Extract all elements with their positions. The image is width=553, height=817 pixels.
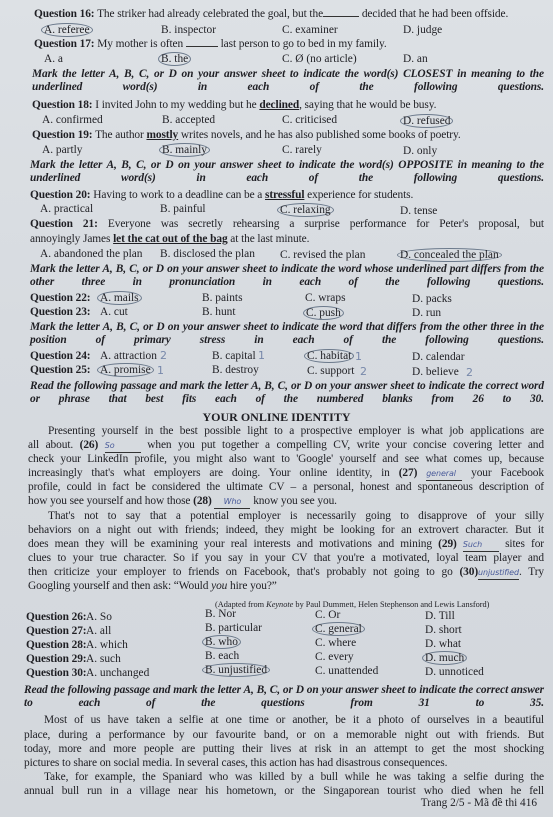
question-text: writes novels, and he has also published… bbox=[181, 129, 461, 141]
option-text: B. each bbox=[205, 650, 239, 662]
option-d: D. unnoticed bbox=[425, 666, 484, 679]
passage-text: your Facebook bbox=[462, 467, 544, 479]
option-b: B. hunt bbox=[202, 306, 236, 319]
question-23-label: Question 23: bbox=[30, 306, 91, 319]
option-b: B. disclosed the plan bbox=[160, 248, 255, 261]
question-label: Question 20: bbox=[30, 189, 91, 201]
answer-blank: general bbox=[426, 467, 462, 481]
question-21-line2: annoyingly James let the cat out of the … bbox=[30, 233, 309, 246]
option-d: D. run bbox=[412, 307, 441, 320]
option-d: D. much bbox=[425, 652, 467, 665]
instruction-closest: Mark the letter A, B, C, or D on your an… bbox=[32, 68, 544, 94]
option-a: A. which bbox=[86, 639, 128, 652]
option-d: D. only bbox=[403, 145, 437, 158]
instruction-cloze: Read the following passage and mark the … bbox=[30, 380, 544, 406]
option-text: A. unchanged bbox=[86, 667, 149, 679]
blank-number: (26) bbox=[80, 439, 99, 451]
option-c: C. revised the plan bbox=[280, 249, 365, 262]
handwritten-note: 2 bbox=[360, 365, 367, 378]
passage-line: profile, could in fact be considered the… bbox=[28, 481, 544, 494]
handwritten-note: 1 bbox=[355, 350, 362, 363]
option-b: B. who bbox=[205, 636, 241, 649]
answer-blank bbox=[323, 16, 359, 17]
option-text: A. which bbox=[86, 639, 128, 651]
option-b: B. capital bbox=[212, 350, 256, 363]
option-a: A. unchanged bbox=[86, 667, 149, 680]
option-c: C. push bbox=[306, 307, 344, 320]
answer-blank: Who bbox=[214, 495, 250, 509]
marked-option: B. the bbox=[158, 52, 191, 66]
marked-option: B. mainly bbox=[159, 143, 210, 157]
question-text: Everyone was secretly rehearsing a surpr… bbox=[108, 218, 544, 230]
question-label: Question 16: bbox=[34, 8, 95, 20]
option-b: B. particular bbox=[205, 622, 262, 635]
option-text: A. all bbox=[86, 625, 111, 637]
option-c: C. rarely bbox=[282, 144, 322, 157]
option-b: B. each bbox=[205, 650, 239, 663]
answer-blank bbox=[186, 46, 218, 47]
blank-number: (30) bbox=[459, 566, 478, 578]
option-c: C. Or bbox=[315, 609, 340, 622]
question-25-label: Question 25: bbox=[30, 364, 91, 377]
option-c: C. criticised bbox=[282, 114, 337, 127]
question-18: Question 18: I invited John to my weddin… bbox=[32, 99, 436, 112]
option-d: D. refused bbox=[403, 115, 453, 128]
passage-line: behaviors on a night out with friends; i… bbox=[28, 524, 544, 537]
handwritten-answer: general bbox=[426, 469, 456, 478]
option-d: D. short bbox=[425, 624, 462, 637]
option-a: A. So bbox=[86, 611, 112, 624]
handwritten-answer: So bbox=[105, 441, 115, 450]
passage-line: pictures to share on social media. In se… bbox=[24, 757, 447, 770]
option-c: C. support bbox=[307, 365, 354, 378]
question-text: experience for students. bbox=[307, 189, 413, 201]
option-d: D. packs bbox=[412, 293, 452, 306]
question-21: Question 21: Everyone was secretly rehea… bbox=[30, 218, 544, 231]
option-b: B. unjustified bbox=[205, 664, 270, 677]
question-label: Question 21: bbox=[30, 218, 98, 230]
answer-blank: Such bbox=[463, 538, 499, 552]
question-20: Question 20: Having to work to a deadlin… bbox=[30, 189, 413, 202]
marked-option: D. concealed the plan bbox=[397, 248, 502, 262]
handwritten-answer: Who bbox=[224, 497, 242, 506]
option-b: B. mainly bbox=[162, 144, 210, 157]
option-d: D. believe bbox=[412, 366, 459, 379]
option-a: A. such bbox=[86, 653, 121, 666]
cloze-question-label: Question 28: bbox=[26, 639, 87, 652]
passage-text: . Try bbox=[519, 566, 544, 578]
option-d: D. what bbox=[425, 638, 461, 651]
option-b: B. paints bbox=[202, 292, 243, 305]
passage-text: you bbox=[211, 580, 227, 592]
option-c: C. wraps bbox=[305, 292, 346, 305]
passage-line: increasingly that's what employers are d… bbox=[28, 467, 544, 481]
question-text: annoyingly James bbox=[30, 233, 110, 245]
option-d: D. calendar bbox=[412, 351, 465, 364]
option-a: A. abandoned the plan bbox=[40, 248, 142, 261]
page-footer: Trang 2/5 - Mã đề thi 416 bbox=[421, 797, 537, 809]
option-text: C. every bbox=[315, 651, 354, 663]
question-text: , saying that he would be busy. bbox=[299, 99, 436, 111]
passage-title: YOUR ONLINE IDENTITY bbox=[0, 410, 553, 425]
cloze-question-label: Question 27: bbox=[26, 625, 87, 638]
marked-option: A. promise bbox=[97, 363, 154, 377]
option-d: D. Till bbox=[425, 610, 455, 623]
question-label: Question 19: bbox=[32, 129, 93, 141]
underlined-word: declined bbox=[259, 99, 299, 111]
blank-number: (29) bbox=[438, 538, 457, 550]
source-book: Keynote bbox=[266, 600, 293, 609]
passage-text: how you see yourself and how those bbox=[28, 495, 193, 507]
instruction-opposite: Mark the letter A, B, C, or D on your an… bbox=[30, 159, 544, 185]
passage-text: Googling yourself and then ask: “Would bbox=[28, 580, 211, 592]
option-d: D. tense bbox=[400, 205, 437, 218]
option-b: B. destroy bbox=[212, 364, 259, 377]
option-a: A. referee bbox=[44, 24, 93, 37]
passage-text: does mean they will be examining your re… bbox=[28, 538, 438, 550]
marked-option: C. habitat bbox=[304, 349, 354, 363]
cloze-question-label: Question 29: bbox=[26, 653, 87, 666]
option-b: B. painful bbox=[160, 203, 206, 216]
passage-text: when you put together a compelling CV, w… bbox=[141, 439, 544, 451]
question-text: Having to work to a deadline can be a bbox=[93, 189, 262, 201]
passage-line: check your LinkedIn profile, you might a… bbox=[28, 453, 544, 466]
marked-option: C. push bbox=[303, 306, 344, 320]
question-label: Question 17: bbox=[34, 38, 95, 50]
option-text: B. particular bbox=[205, 622, 262, 634]
question-17: Question 17: My mother is often last per… bbox=[34, 38, 387, 51]
handwritten-note: 1 bbox=[258, 349, 265, 362]
marked-option: A. referee bbox=[41, 23, 93, 37]
option-text: B. Nor bbox=[205, 608, 236, 620]
question-text: The striker had already celebrated the g… bbox=[97, 8, 323, 20]
passage-line: does mean they will be examining your re… bbox=[28, 538, 544, 552]
question-22-label: Question 22: bbox=[30, 292, 91, 305]
option-a: A. all bbox=[86, 625, 111, 638]
passage-text: know you see you. bbox=[250, 495, 336, 507]
option-c: C. habitat bbox=[307, 350, 354, 363]
option-b: B. the bbox=[161, 53, 191, 66]
option-text: A. such bbox=[86, 653, 121, 665]
option-text: C. Or bbox=[315, 609, 340, 621]
question-text: at the last minute. bbox=[230, 233, 309, 245]
option-d: D. concealed the plan bbox=[400, 249, 502, 262]
question-24-label: Question 24: bbox=[30, 350, 91, 363]
option-text: D. Till bbox=[425, 610, 455, 622]
option-b: B. inspector bbox=[161, 24, 216, 37]
answer-blank: So bbox=[105, 439, 141, 453]
question-text: The author bbox=[95, 129, 144, 141]
passage-line: That's not to say that a potential emplo… bbox=[48, 510, 544, 523]
passage-line: all about. (26) So when you put together… bbox=[28, 439, 544, 453]
option-a: A. practical bbox=[40, 203, 93, 216]
option-a: A. cut bbox=[100, 306, 128, 319]
option-c: C. every bbox=[315, 651, 354, 664]
question-text: decided that he had been offside. bbox=[362, 8, 508, 20]
handwritten-answer: unjustified bbox=[478, 568, 519, 577]
passage-text: sites for bbox=[499, 538, 544, 550]
source-text: by Paul Dummett, Helen Stephenson and Le… bbox=[293, 600, 489, 609]
option-b: B. accepted bbox=[162, 114, 215, 127]
option-text: B. who bbox=[202, 635, 241, 649]
handwritten-note: 2 bbox=[466, 366, 473, 379]
question-label: Question 18: bbox=[32, 99, 93, 111]
option-text: C. unattended bbox=[315, 665, 378, 677]
marked-option: A. mails bbox=[97, 291, 142, 305]
question-text: last person to go to bed in my family. bbox=[221, 38, 387, 50]
passage-text: increasingly that's what employers are d… bbox=[28, 467, 399, 479]
option-a: A. attraction bbox=[100, 350, 157, 363]
question-19: Question 19: The author mostly writes no… bbox=[32, 129, 461, 142]
instruction-stress: Mark the letter A, B, C, or D on your an… bbox=[30, 321, 544, 347]
option-text: C. where bbox=[315, 637, 356, 649]
option-a: A. mails bbox=[100, 292, 142, 305]
underlined-word: stressful bbox=[265, 189, 304, 201]
option-text: A. So bbox=[86, 611, 112, 623]
question-text: My mother is often bbox=[97, 38, 183, 50]
passage-line: place, during a performance by our favou… bbox=[24, 729, 544, 742]
marked-option: C. relaxing bbox=[277, 203, 334, 217]
passage-line: Googling yourself and then ask: “Would y… bbox=[28, 580, 277, 593]
underlined-word: mostly bbox=[146, 129, 178, 141]
option-text: B. unjustified bbox=[202, 663, 270, 677]
passage-line: Take, for example, the Spaniard who was … bbox=[44, 771, 544, 784]
option-c: C. examiner bbox=[282, 24, 338, 37]
passage-source: (Adapted from Keynote by Paul Dummett, H… bbox=[215, 600, 489, 609]
blank-number: (28) bbox=[193, 495, 212, 507]
option-a: A. promise bbox=[100, 364, 154, 377]
question-text: I invited John to my wedding but he bbox=[95, 99, 256, 111]
cloze-question-label: Question 26: bbox=[26, 611, 87, 624]
exam-page: Question 16: The striker had already cel… bbox=[0, 0, 553, 817]
option-text: C. general bbox=[312, 622, 365, 636]
passage-line: Most of us have taken a selfie at one ti… bbox=[44, 714, 544, 727]
passage-line: today, more and more people are putting … bbox=[24, 743, 544, 756]
option-b: B. Nor bbox=[205, 608, 236, 621]
question-16: Question 16: The striker had already cel… bbox=[34, 8, 508, 21]
option-c: C. unattended bbox=[315, 665, 378, 678]
option-c: C. general bbox=[315, 623, 365, 636]
passage-text: then criticize your employer to friends … bbox=[28, 566, 459, 578]
marked-option: D. refused bbox=[400, 114, 453, 128]
option-c: C. relaxing bbox=[280, 204, 334, 217]
option-a: A. confirmed bbox=[42, 114, 103, 127]
passage-line: clues to your true character. So if you … bbox=[28, 552, 544, 565]
blank-number: (27) bbox=[399, 467, 418, 479]
answer-blank: unjustified bbox=[478, 566, 519, 580]
passage-line: Presenting yourself in the best possible… bbox=[48, 425, 544, 438]
option-text: D. much bbox=[422, 651, 467, 665]
option-c: C. Ø (no article) bbox=[282, 53, 357, 66]
cloze-question-label: Question 30: bbox=[26, 667, 87, 680]
passage-text: all about. bbox=[28, 439, 80, 451]
handwritten-note: 1 bbox=[157, 364, 164, 377]
instruction-reading: Read the following passage and mark the … bbox=[24, 684, 544, 710]
option-a: A. a bbox=[44, 53, 63, 66]
passage-line: how you see yourself and how those (28) … bbox=[28, 495, 337, 509]
instruction-pronunciation: Mark the letter A, B, C, or D on your an… bbox=[30, 263, 544, 289]
handwritten-answer: Such bbox=[463, 540, 482, 549]
passage-line: then criticize your employer to friends … bbox=[28, 566, 544, 580]
handwritten-note: 2 bbox=[160, 349, 167, 362]
passage-text: hire you?” bbox=[227, 580, 277, 592]
option-text: D. unnoticed bbox=[425, 666, 484, 678]
option-c: C. where bbox=[315, 637, 356, 650]
underlined-phrase: let the cat out of the bag bbox=[113, 233, 227, 245]
option-a: A. partly bbox=[42, 144, 83, 157]
option-d: D. judge bbox=[403, 24, 442, 37]
option-text: D. what bbox=[425, 638, 461, 650]
option-text: D. short bbox=[425, 624, 462, 636]
option-d: D. an bbox=[403, 53, 428, 66]
